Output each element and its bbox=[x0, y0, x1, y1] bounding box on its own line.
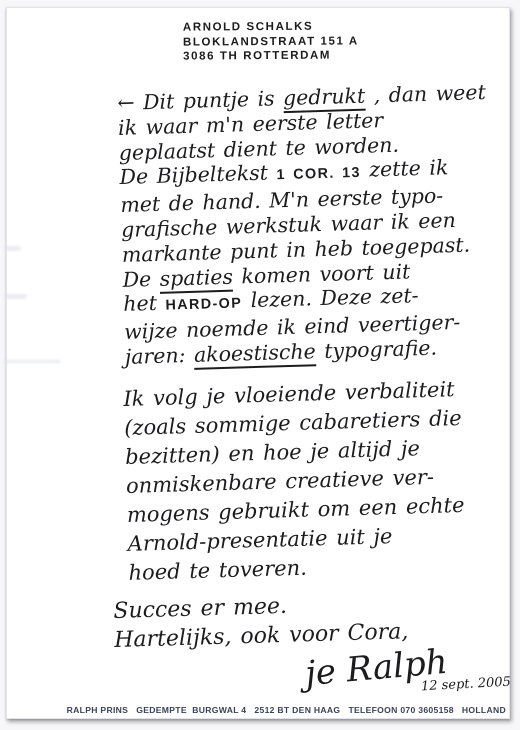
scanned-letter: ARNOLD SCHALKS BLOKLANDSTRAAT 151 A 3086… bbox=[0, 0, 520, 730]
handwritten-text: lezen. Deze zet- bbox=[242, 284, 419, 313]
sender-address-block: ARNOLD SCHALKS BLOKLANDSTRAAT 151 A 3086… bbox=[183, 19, 359, 64]
letter-paragraph-compliment: Ik volg je vloeiende verbaliteit(zoals s… bbox=[123, 375, 467, 588]
paper-smudge bbox=[5, 294, 27, 299]
letterhead-footer: RALPH PRINS GEDEMPTE BURGWAL 4 2512 BT D… bbox=[67, 705, 506, 715]
handwritten-text: typografie. bbox=[315, 336, 437, 364]
letter-paper: ARNOLD SCHALKS BLOKLANDSTRAAT 151 A 3086… bbox=[6, 7, 510, 719]
handwritten-text: hoed te toveren. bbox=[128, 556, 307, 585]
block-letter-word: HARD-OP bbox=[165, 296, 242, 314]
letter-closing: Succes er mee.Hartelijks, ook voor Cora, bbox=[113, 588, 409, 655]
address-line-name: ARNOLD SCHALKS bbox=[183, 19, 359, 35]
handwritten-text: De bbox=[122, 266, 160, 291]
handwritten-text: zette ik bbox=[360, 156, 448, 183]
handwritten-text: jaren: bbox=[125, 343, 195, 369]
paper-smudge bbox=[5, 246, 21, 251]
block-letter-word: 1 COR. 13 bbox=[276, 165, 361, 183]
handwritten-text: De Bijbeltekst bbox=[119, 161, 277, 190]
letter-paragraph-typography: ← Dit puntje is gedrukt , dan weetik waa… bbox=[117, 80, 494, 370]
address-line-street: BLOKLANDSTRAAT 151 A bbox=[183, 34, 359, 50]
paper-fold-mark bbox=[4, 360, 60, 363]
handwritten-text: , dan weet bbox=[365, 80, 486, 108]
underlined-word: akoestische bbox=[194, 339, 317, 370]
letter-date: 12 sept. 2005 bbox=[421, 675, 512, 695]
address-line-city: 3086 TH ROTTERDAM bbox=[183, 48, 359, 64]
handwritten-text: Arnold-presentatie uit je bbox=[127, 524, 392, 556]
handwritten-text: Succes er mee. bbox=[113, 594, 287, 624]
handwritten-text: het bbox=[123, 291, 166, 316]
